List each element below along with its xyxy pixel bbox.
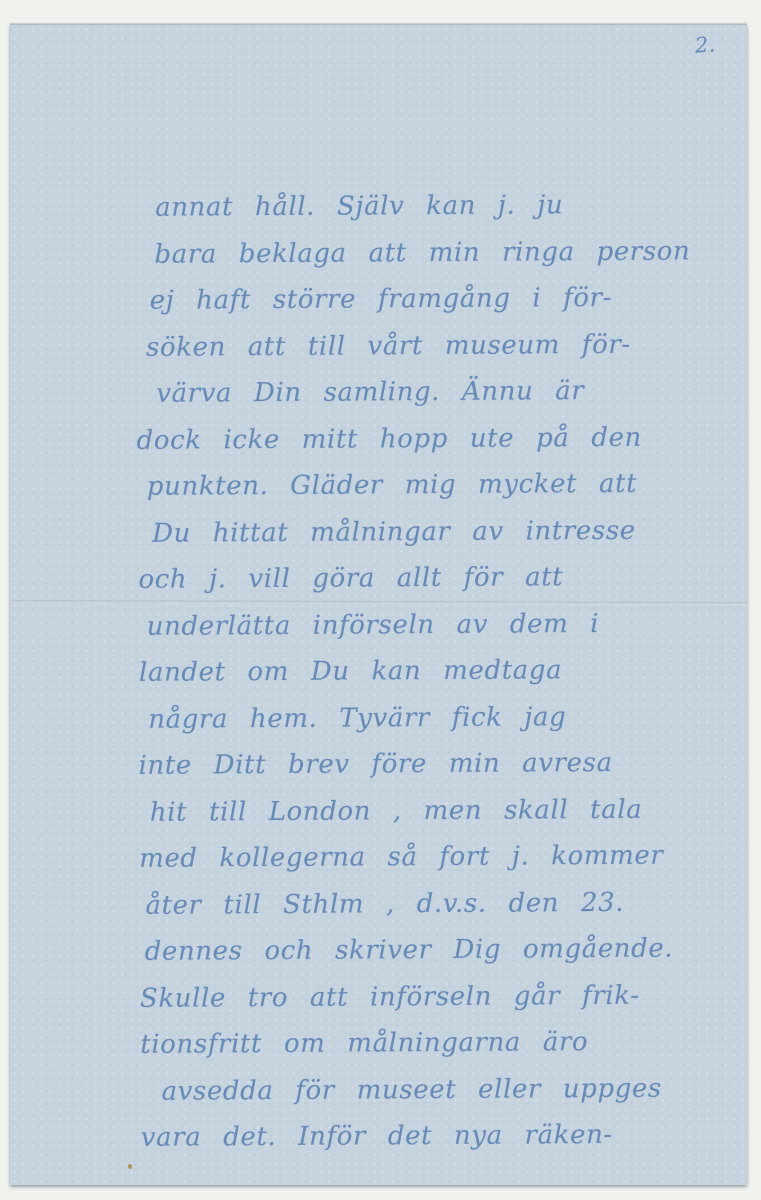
letter-line: avsedda för museet eller uppges [161,1065,740,1115]
letter-body: annat håll. Själv kan j. jubara beklaga … [135,181,741,1161]
letter-line: med kollegerna så fort j. kommer [139,832,739,882]
letter-line: söken att till vårt museum för- [146,321,736,371]
letter-line: annat håll. Själv kan j. ju [155,181,735,231]
letter-paper: 2. annat håll. Själv kan j. jubara bekla… [10,24,747,1185]
letter-line: vara det. Inför det nya räken- [141,1111,741,1161]
letter-line: ej haft större framgång i för- [150,274,736,324]
letter-line: dock icke mitt hopp ute på den [136,414,736,464]
letter-line: hit till London , men skall tala [150,786,739,836]
letter-line: åter till Sthlm , d.v.s. den 23. [145,879,739,929]
letter-line: värva Din samling. Ännu är [156,367,736,417]
letter-line: tionsfritt om målningarna äro [140,1018,740,1068]
paper-speck [128,1164,132,1169]
letter-line: inte Ditt brev före min avresa [138,739,738,789]
letter-line: Skulle tro att införseln går frik- [140,972,740,1022]
letter-line: några hem. Tyvärr fick jag [148,693,738,743]
letter-line: Du hittat målningar av intresse [152,507,737,557]
letter-line: och j. vill göra allt för att [138,553,737,603]
letter-line: landet om Du kan medtaga [139,646,738,696]
letter-line: dennes och skriver Dig omgående. [145,925,740,975]
letter-line: underlätta införseln av dem i [147,600,738,650]
letter-line: bara beklaga att min ringa person [154,228,735,278]
scanned-letter-page: 2. annat håll. Själv kan j. jubara bekla… [0,0,761,1200]
letter-line: punkten. Gläder mig mycket att [147,460,737,510]
page-number: 2. [694,32,716,57]
